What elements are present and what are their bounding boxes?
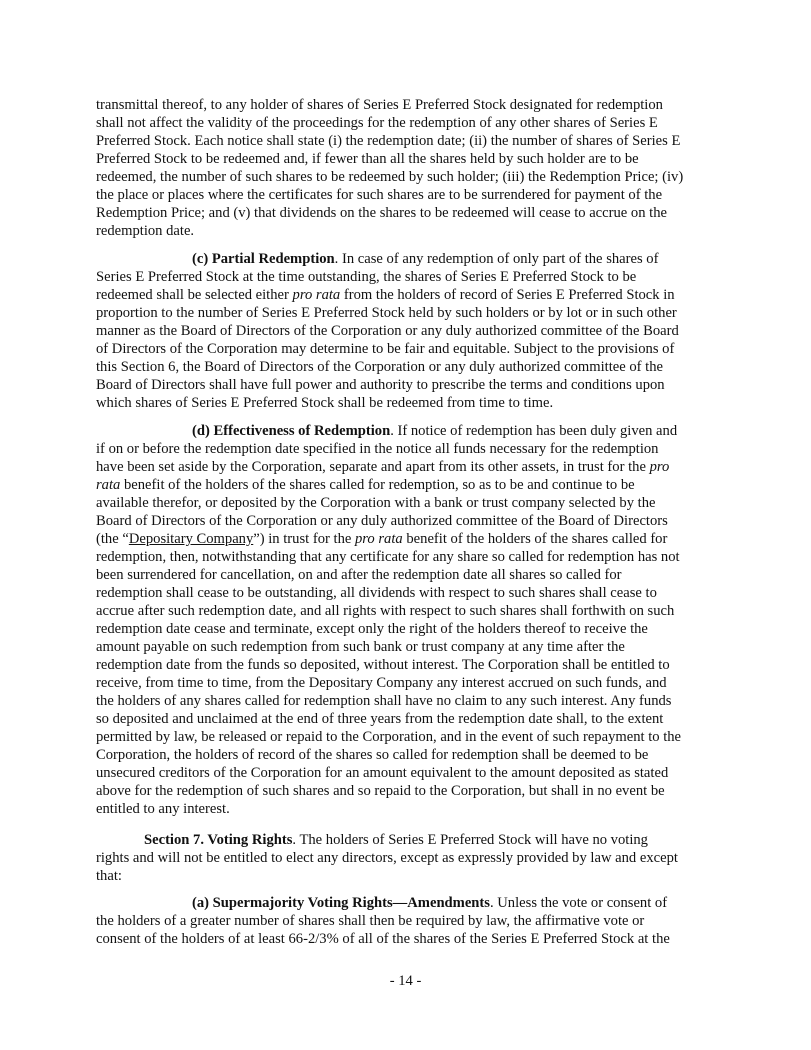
text-line: shall not affect the validity of the pro… (96, 114, 736, 132)
text-line: Board of Directors of the Corporation or… (96, 512, 736, 530)
text-line: redemption shall cease to be outstanding… (96, 584, 736, 602)
section-heading-partial-redemption: (c) Partial Redemption (192, 251, 335, 267)
paragraph-partial-redemption: (c) Partial Redemption. In case of any r… (96, 250, 736, 412)
text-line: (c) Partial Redemption. In case of any r… (96, 250, 736, 268)
paragraph-effectiveness-of-redemption: (d) Effectiveness of Redemption. If noti… (96, 422, 736, 818)
paragraph-supermajority-voting-rights: (a) Supermajority Voting Rights—Amendmen… (96, 894, 736, 948)
text-line: accrue after such redemption date, and a… (96, 602, 736, 620)
text-line: rata benefit of the holders of the share… (96, 476, 736, 494)
text-line: redemption date cease and terminate, exc… (96, 620, 736, 638)
text-line: redemption date. (96, 222, 736, 240)
text-line: available therefor, or deposited by the … (96, 494, 736, 512)
text-line: (a) Supermajority Voting Rights—Amendmen… (96, 894, 736, 912)
text-line: receive, from time to time, from the Dep… (96, 674, 736, 692)
text-line: redeemed, the number of such shares to b… (96, 168, 736, 186)
text-line: redemption date from the funds so deposi… (96, 656, 736, 674)
text-line: the holders of a greater number of share… (96, 912, 736, 930)
text-line: that: (96, 867, 736, 885)
text-line: above for the redemption of such shares … (96, 782, 736, 800)
defined-term-depositary-company: Depositary Company (129, 531, 253, 547)
text-line: manner as the Board of Directors of the … (96, 322, 736, 340)
text-line: permitted by law, be released or repaid … (96, 728, 736, 746)
text-line: rights and will not be entitled to elect… (96, 849, 736, 867)
text-line: if on or before the redemption date spec… (96, 440, 736, 458)
italic-term-pro-rata: pro rata (293, 287, 341, 303)
paragraph-notice-continuation: transmittal thereof, to any holder of sh… (96, 96, 736, 240)
text-line: of Directors of the Corporation may dete… (96, 340, 736, 358)
text-line: unsecured creditors of the Corporation f… (96, 764, 736, 782)
italic-term-rata: rata (96, 477, 120, 493)
text-line: Preferred Stock to be redeemed and, if f… (96, 150, 736, 168)
text-line: been surrendered for cancellation, on an… (96, 566, 736, 584)
section-heading-effectiveness-of-redemption: (d) Effectiveness of Redemption (192, 423, 390, 439)
text-line: amount payable on such redemption from s… (96, 638, 736, 656)
text-line: Section 7. Voting Rights. The holders of… (96, 831, 736, 849)
text-line: Board of Directors shall have full power… (96, 376, 736, 394)
text-line: entitled to any interest. (96, 800, 736, 818)
text-line: redemption, then, notwithstanding that a… (96, 548, 736, 566)
document-page: transmittal thereof, to any holder of sh… (0, 0, 811, 1050)
text-line: redeemed shall be selected either pro ra… (96, 286, 736, 304)
page-number: - 14 - (0, 972, 811, 990)
text-line: (the “Depositary Company”) in trust for … (96, 530, 736, 548)
text-line: so deposited and unclaimed at the end of… (96, 710, 736, 728)
paragraph-section-7-voting-rights: Section 7. Voting Rights. The holders of… (96, 831, 736, 885)
text-line: Corporation, the holders of record of th… (96, 746, 736, 764)
text-line: consent of the holders of at least 66-2/… (96, 930, 736, 948)
section-heading-voting-rights: Section 7. Voting Rights (144, 832, 292, 848)
text-line: which shares of Series E Preferred Stock… (96, 394, 736, 412)
italic-term-pro: pro (650, 459, 670, 475)
text-line: proportion to the number of Series E Pre… (96, 304, 736, 322)
text-line: have been set aside by the Corporation, … (96, 458, 736, 476)
italic-term-pro-rata: pro rata (355, 531, 403, 547)
text-line: the holders of any shares called for red… (96, 692, 736, 710)
text-line: Preferred Stock. Each notice shall state… (96, 132, 736, 150)
text-line: the place or places where the certificat… (96, 186, 736, 204)
text-line: this Section 6, the Board of Directors o… (96, 358, 736, 376)
text-line: Redemption Price; and (v) that dividends… (96, 204, 736, 222)
text-line: Series E Preferred Stock at the time out… (96, 268, 736, 286)
section-heading-supermajority-voting-rights: (a) Supermajority Voting Rights—Amendmen… (192, 895, 490, 911)
text-line: (d) Effectiveness of Redemption. If noti… (96, 422, 736, 440)
text-line: transmittal thereof, to any holder of sh… (96, 96, 736, 114)
